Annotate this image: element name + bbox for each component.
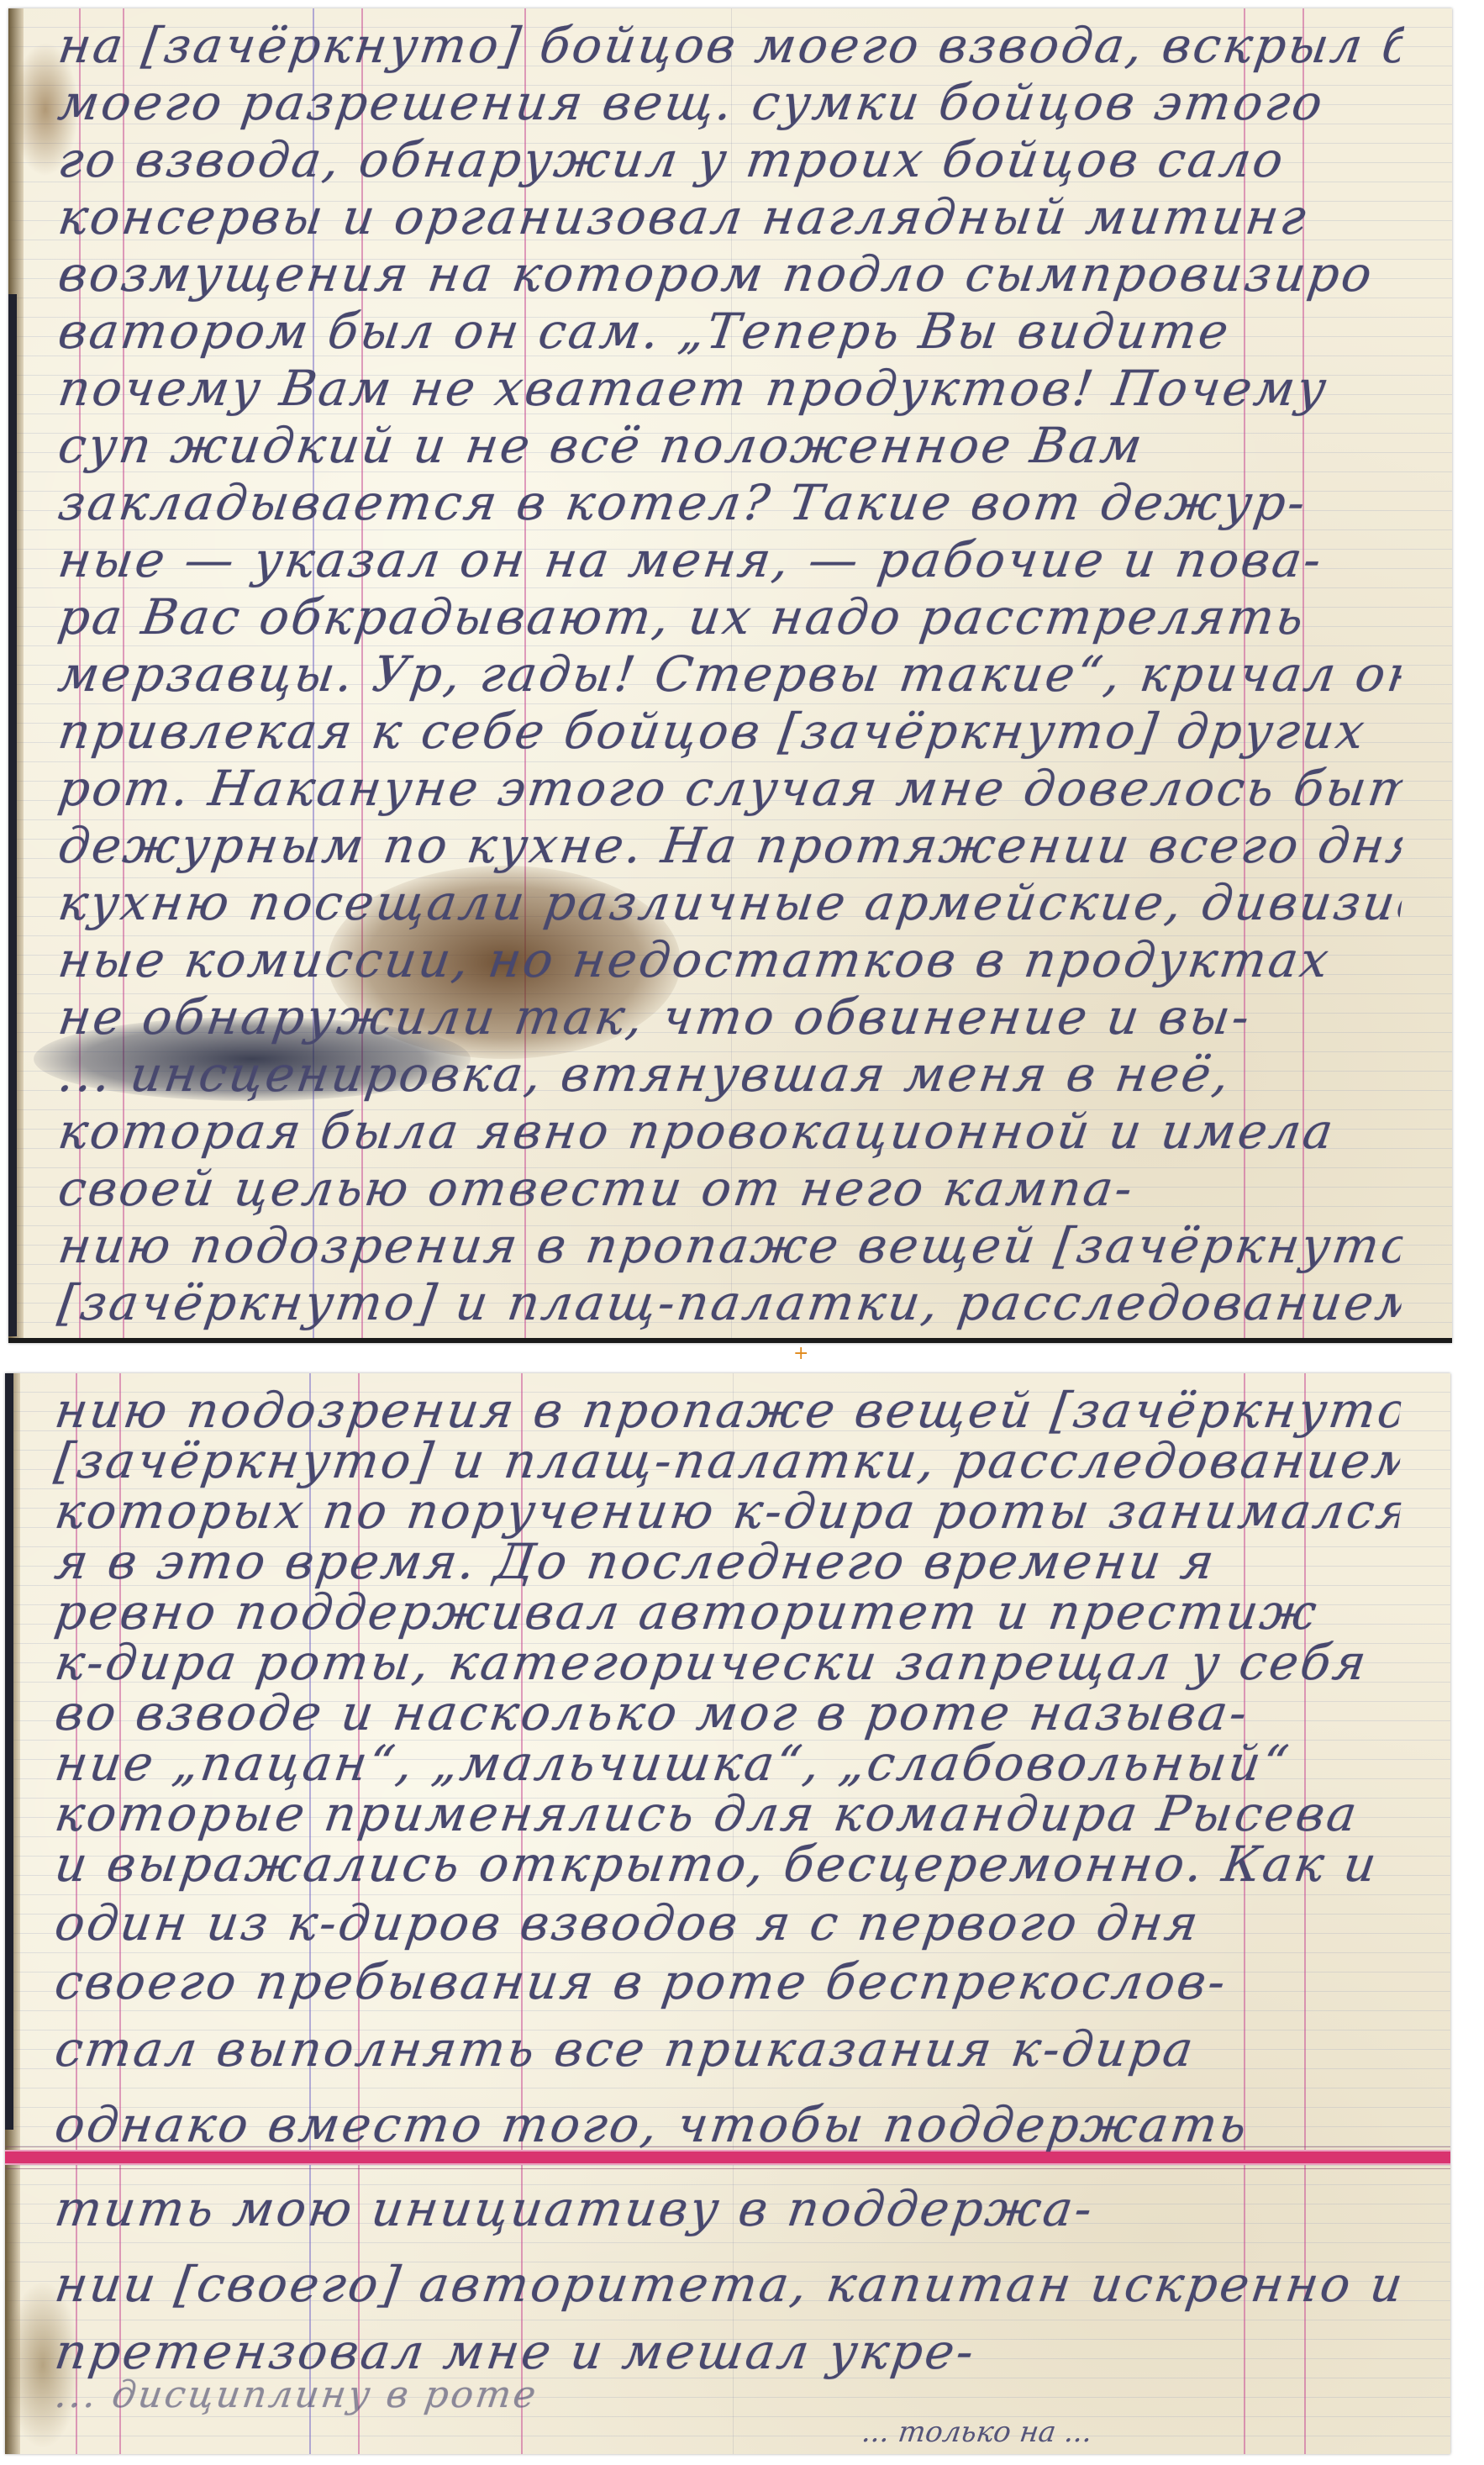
text-line: ра Вас обкрадывают, их надо расстрелять <box>55 588 1406 645</box>
page-join-marker: + <box>793 1346 798 1362</box>
text-line: тить мою инициативу в поддержа- <box>51 2180 1404 2237</box>
text-line: [зачёркнуто] и плащ-палатки, расследован… <box>55 1274 1406 1331</box>
text-line: я в это время. До последнего времени я <box>51 1533 1404 1590</box>
text-line: консервы и организовал наглядный митинг <box>55 188 1406 245</box>
text-line: мерзавцы. Ур, гады! Стервы такие“, крича… <box>55 645 1406 703</box>
text-line: своей целью отвести от него кампа- <box>55 1160 1406 1217</box>
text-line: ние „пацан“, „мальчишка“, „слабовольный“ <box>51 1735 1404 1792</box>
text-line: привлекая к себе бойцов [зачёркнуто] дру… <box>55 703 1406 760</box>
text-line: закладывается в котел? Такие вот дежур- <box>55 474 1406 531</box>
spine-shadow <box>5 1373 13 2130</box>
text-line: ... инсценировка, втянувшая меня в неё, <box>55 1046 1406 1103</box>
text-line: ... дисциплину в роте <box>52 2373 1402 2416</box>
text-line: и выражались открыто, бесцеремонно. Как … <box>51 1836 1404 1893</box>
text-line: во взводе и насколько мог в роте называ- <box>51 1684 1404 1741</box>
text-line: которых по поручению к-дира роты занимал… <box>51 1483 1404 1540</box>
notebook-page-bottom: нию подозрения в пропаже вещей [зачёркну… <box>5 1373 1450 2454</box>
text-line: почему Вам не хватает продуктов! Почему <box>55 360 1406 417</box>
band-edge <box>5 2168 1450 2169</box>
notebook-page-top: на [зачёркнуто] бойцов моего взвода, вск… <box>8 8 1452 1343</box>
text-line: на [зачёркнуто] бойцов моего взвода, вск… <box>55 17 1406 74</box>
text-line: однако вместо того, чтобы поддержать <box>51 2096 1404 2153</box>
text-line: нию подозрения в пропаже вещей [зачёркну… <box>51 1382 1404 1439</box>
bottom-fragment: ... только на ... <box>860 2415 1094 2449</box>
text-line: ватором был он сам. „Теперь Вы видите <box>55 303 1406 360</box>
text-line: ные комиссии, но недостатков в продуктах <box>55 931 1406 988</box>
text-line: кухню посещали различные армейские, диви… <box>55 874 1406 931</box>
text-line: нии [своего] авторитета, капитан искренн… <box>51 2256 1404 2313</box>
text-line: возмущения на котором подло сымпровизиро <box>55 245 1406 303</box>
text-line: суп жидкий и не всё положенное Вам <box>55 417 1406 474</box>
text-line: [зачёркнуто] и плащ-палатки, расследован… <box>51 1432 1404 1489</box>
text-line: стал выполнять все приказания к-дира <box>51 2020 1404 2078</box>
text-line: не обнаружили так, что обвинение и вы- <box>55 988 1406 1046</box>
text-line: рот. Накануне этого случая мне довелось … <box>55 760 1406 817</box>
text-line: которая была явно провокационной и имела <box>55 1103 1406 1160</box>
text-line: претензовал мне и мешал укре- <box>51 2323 1404 2380</box>
text-line: дежурным по кухне. На протяжении всего д… <box>55 817 1406 874</box>
text-line: нию подозрения в пропаже вещей [зачёркну… <box>55 1217 1406 1274</box>
text-line: ные — указал он на меня, — рабочие и пов… <box>55 531 1406 588</box>
text-line: ревно поддерживал авторитет и престиж <box>51 1583 1404 1641</box>
text-line: своего пребывания в роте беспрекослов- <box>51 1953 1404 2010</box>
spine-shadow <box>8 294 17 1336</box>
text-line: которые применялись для командира Рысева <box>51 1785 1404 1842</box>
text-line: один из к-диров взводов я с первого дня <box>51 1894 1404 1951</box>
text-line: моего разрешения вещ. сумки бойцов этого <box>55 74 1406 131</box>
text-line: го взвода, обнаружил у троих бойцов сало <box>55 131 1406 188</box>
text-line: к-дира роты, категорически запрещал у се… <box>51 1634 1404 1691</box>
